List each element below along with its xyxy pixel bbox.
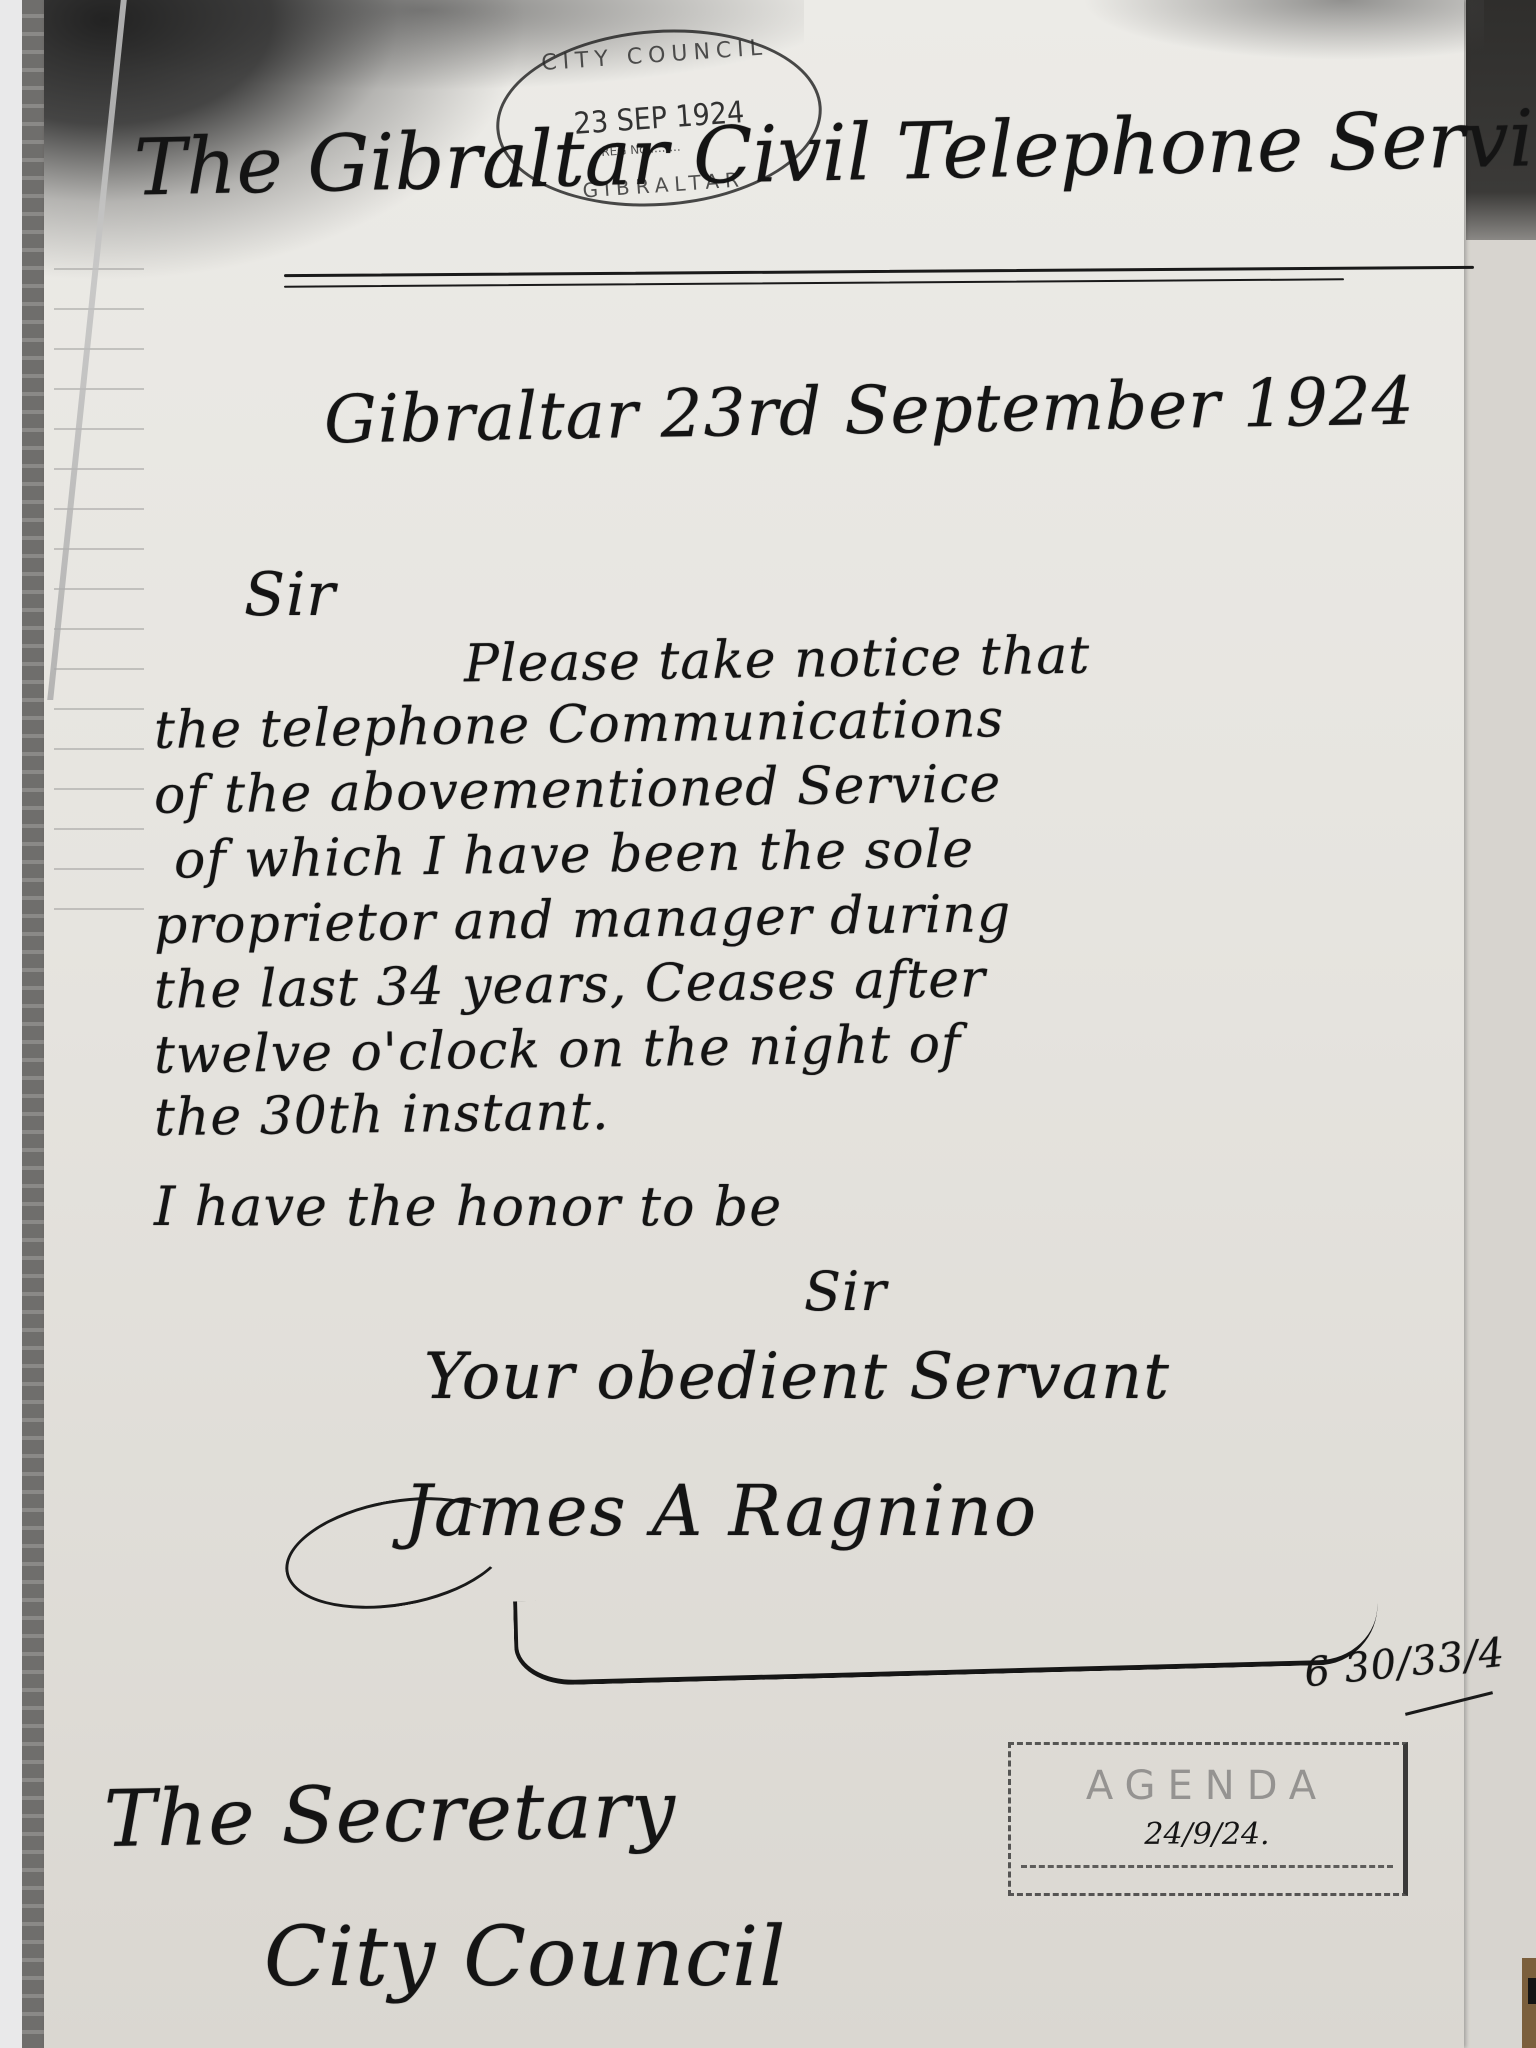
closing-line: I have the honor to be: [154, 1175, 782, 1238]
body-line: twelve o'clock on the night of: [154, 1014, 962, 1085]
signature: James A Ragnino: [404, 1470, 1038, 1552]
body-line: proprietor and manager during: [154, 884, 1012, 956]
letterhead-underline-second: [284, 278, 1344, 287]
body-line: of the abovementioned Service: [154, 754, 1002, 826]
photocopy-smudge-right: [1044, 0, 1484, 90]
agenda-date: 24/9/24.: [1011, 1817, 1403, 1852]
background-under-page: [1466, 240, 1536, 1980]
body-line: the telephone Communications: [154, 689, 1005, 761]
body-line: Please take notice that: [464, 626, 1091, 695]
closing-sir: Sir: [804, 1260, 887, 1323]
body-line: of which I have been the sole: [174, 819, 975, 890]
letter-page: CITY COUNCIL 23 SEP 1924 REG No.........…: [44, 0, 1464, 2048]
letterhead: The Gibraltar Civil Telephone Service: [133, 92, 1536, 213]
desk-corner: [1522, 1958, 1536, 2048]
agenda-dotted-line: [1021, 1865, 1393, 1868]
addressee-organization: City Council: [264, 1910, 786, 2005]
addressee-title: The Secretary: [103, 1765, 677, 1865]
desk-object: [1528, 1978, 1536, 2004]
binder-ruler-strip: [22, 0, 46, 2048]
closing-obedient-servant: Your obedient Servant: [424, 1340, 1170, 1414]
body-line: the 30th instant.: [154, 1082, 610, 1148]
agenda-title: AGENDA: [1011, 1763, 1403, 1809]
salutation: Sir: [244, 560, 336, 630]
signature-underline-flourish: [513, 1579, 1379, 1687]
photo-left-margin: [0, 0, 22, 2048]
body-line: the last 34 years, Ceases after: [154, 949, 987, 1021]
document-photo: CITY COUNCIL 23 SEP 1924 REG No.........…: [0, 0, 1536, 2048]
letterhead-underline: [284, 266, 1474, 277]
agenda-stamp: AGENDA 24/9/24.: [1008, 1742, 1408, 1896]
dateline: Gibraltar 23rd September 1924: [323, 362, 1415, 458]
faint-ruled-lines: [54, 230, 144, 930]
postmark-top-text: CITY COUNCIL: [494, 32, 815, 79]
